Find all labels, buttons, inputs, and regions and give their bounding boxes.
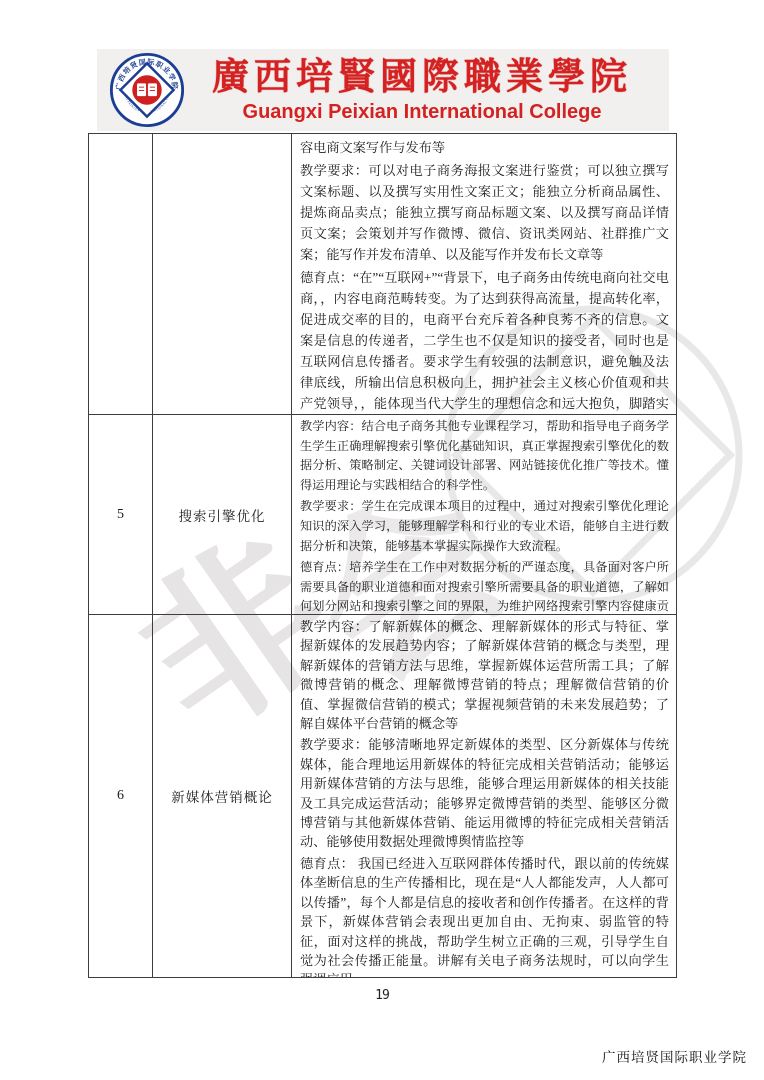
course-table: 容电商文案写作与发布等 教学要求：可以对电子商务海报文案进行鉴赏；可以独立撰写文…: [88, 133, 677, 978]
college-title-english: Guangxi Peixian International College: [185, 100, 659, 124]
table-row: 6 新媒体营销概论 教学内容：了解新媒体的概念、理解新媒体的形式与特征、掌握新媒…: [89, 614, 676, 977]
moral-education-point: 德育点： 我国已经进入互联网群体传播时代，跟以前的传统媒体垄断信息的生产传播相比…: [300, 854, 669, 977]
document-page: { "header": { "title_cn": "廣西培賢國際職業學院", …: [0, 0, 764, 1080]
teaching-content: 教学内容：了解新媒体的概念、理解新媒体的形式与特征、掌握新媒体的发展趋势内容；了…: [300, 617, 669, 733]
page-number: 19: [0, 988, 764, 1003]
page-header: 广西培贤国际职业学院 GUANGXI PEIXIAN INTERNATIONAL…: [97, 49, 669, 131]
course-description-cell: 容电商文案写作与发布等 教学要求：可以对电子商务海报文案进行鉴赏；可以独立撰写文…: [292, 134, 676, 414]
course-description-cell: 教学内容：结合电子商务其他专业课程学习，帮助和指导电子商务学生学生正确理解搜索引…: [292, 415, 676, 614]
teaching-content-continued: 容电商文案写作与发布等: [300, 137, 669, 158]
course-number-cell: 5: [89, 415, 153, 614]
teaching-requirements: 教学要求：学生在完成课本项目的过程中，通过对搜索引擎优化理论知识的深入学习，能够…: [300, 497, 669, 556]
course-number-cell: [89, 134, 153, 414]
course-name-cell: 搜索引擎优化: [153, 415, 292, 614]
course-name-cell: 新媒体营销概论: [153, 615, 292, 977]
footer-school-name: 广西培贤国际职业学院: [602, 1046, 747, 1066]
teaching-requirements: 教学要求：可以对电子商务海报文案进行鉴赏；可以独立撰写文案标题、以及撰写实用性文…: [300, 160, 669, 265]
college-title-chinese: 廣西培賢國際職業學院: [185, 56, 659, 100]
teaching-requirements: 教学要求：能够清晰地界定新媒体的类型、区分新媒体与传统媒体，能合理地运用新媒体的…: [300, 735, 669, 851]
teaching-content: 教学内容：结合电子商务其他专业课程学习，帮助和指导电子商务学生学生正确理解搜索引…: [300, 417, 669, 495]
moral-education-point: 德育点：培养学生在工作中对数据分析的严谨态度，具备面对客户所需要具备的职业道德和…: [300, 558, 669, 614]
moral-education-point: 德育点：“在”“互联网+”“背景下，电子商务由传统电商向社交电商，，内容电商范畴…: [300, 267, 669, 414]
college-titles: 廣西培賢國際職業學院 Guangxi Peixian International…: [185, 56, 669, 124]
course-number-cell: 6: [89, 615, 153, 977]
table-row: 容电商文案写作与发布等 教学要求：可以对电子商务海报文案进行鉴赏；可以独立撰写文…: [89, 134, 676, 414]
course-description-cell: 教学内容：了解新媒体的概念、理解新媒体的形式与特征、掌握新媒体的发展趋势内容；了…: [292, 615, 676, 977]
table-row: 5 搜索引擎优化 教学内容：结合电子商务其他专业课程学习，帮助和指导电子商务学生…: [89, 414, 676, 614]
course-name-cell: [153, 134, 292, 414]
college-logo-icon: 广西培贤国际职业学院 GUANGXI PEIXIAN INTERNATIONAL…: [109, 52, 185, 128]
